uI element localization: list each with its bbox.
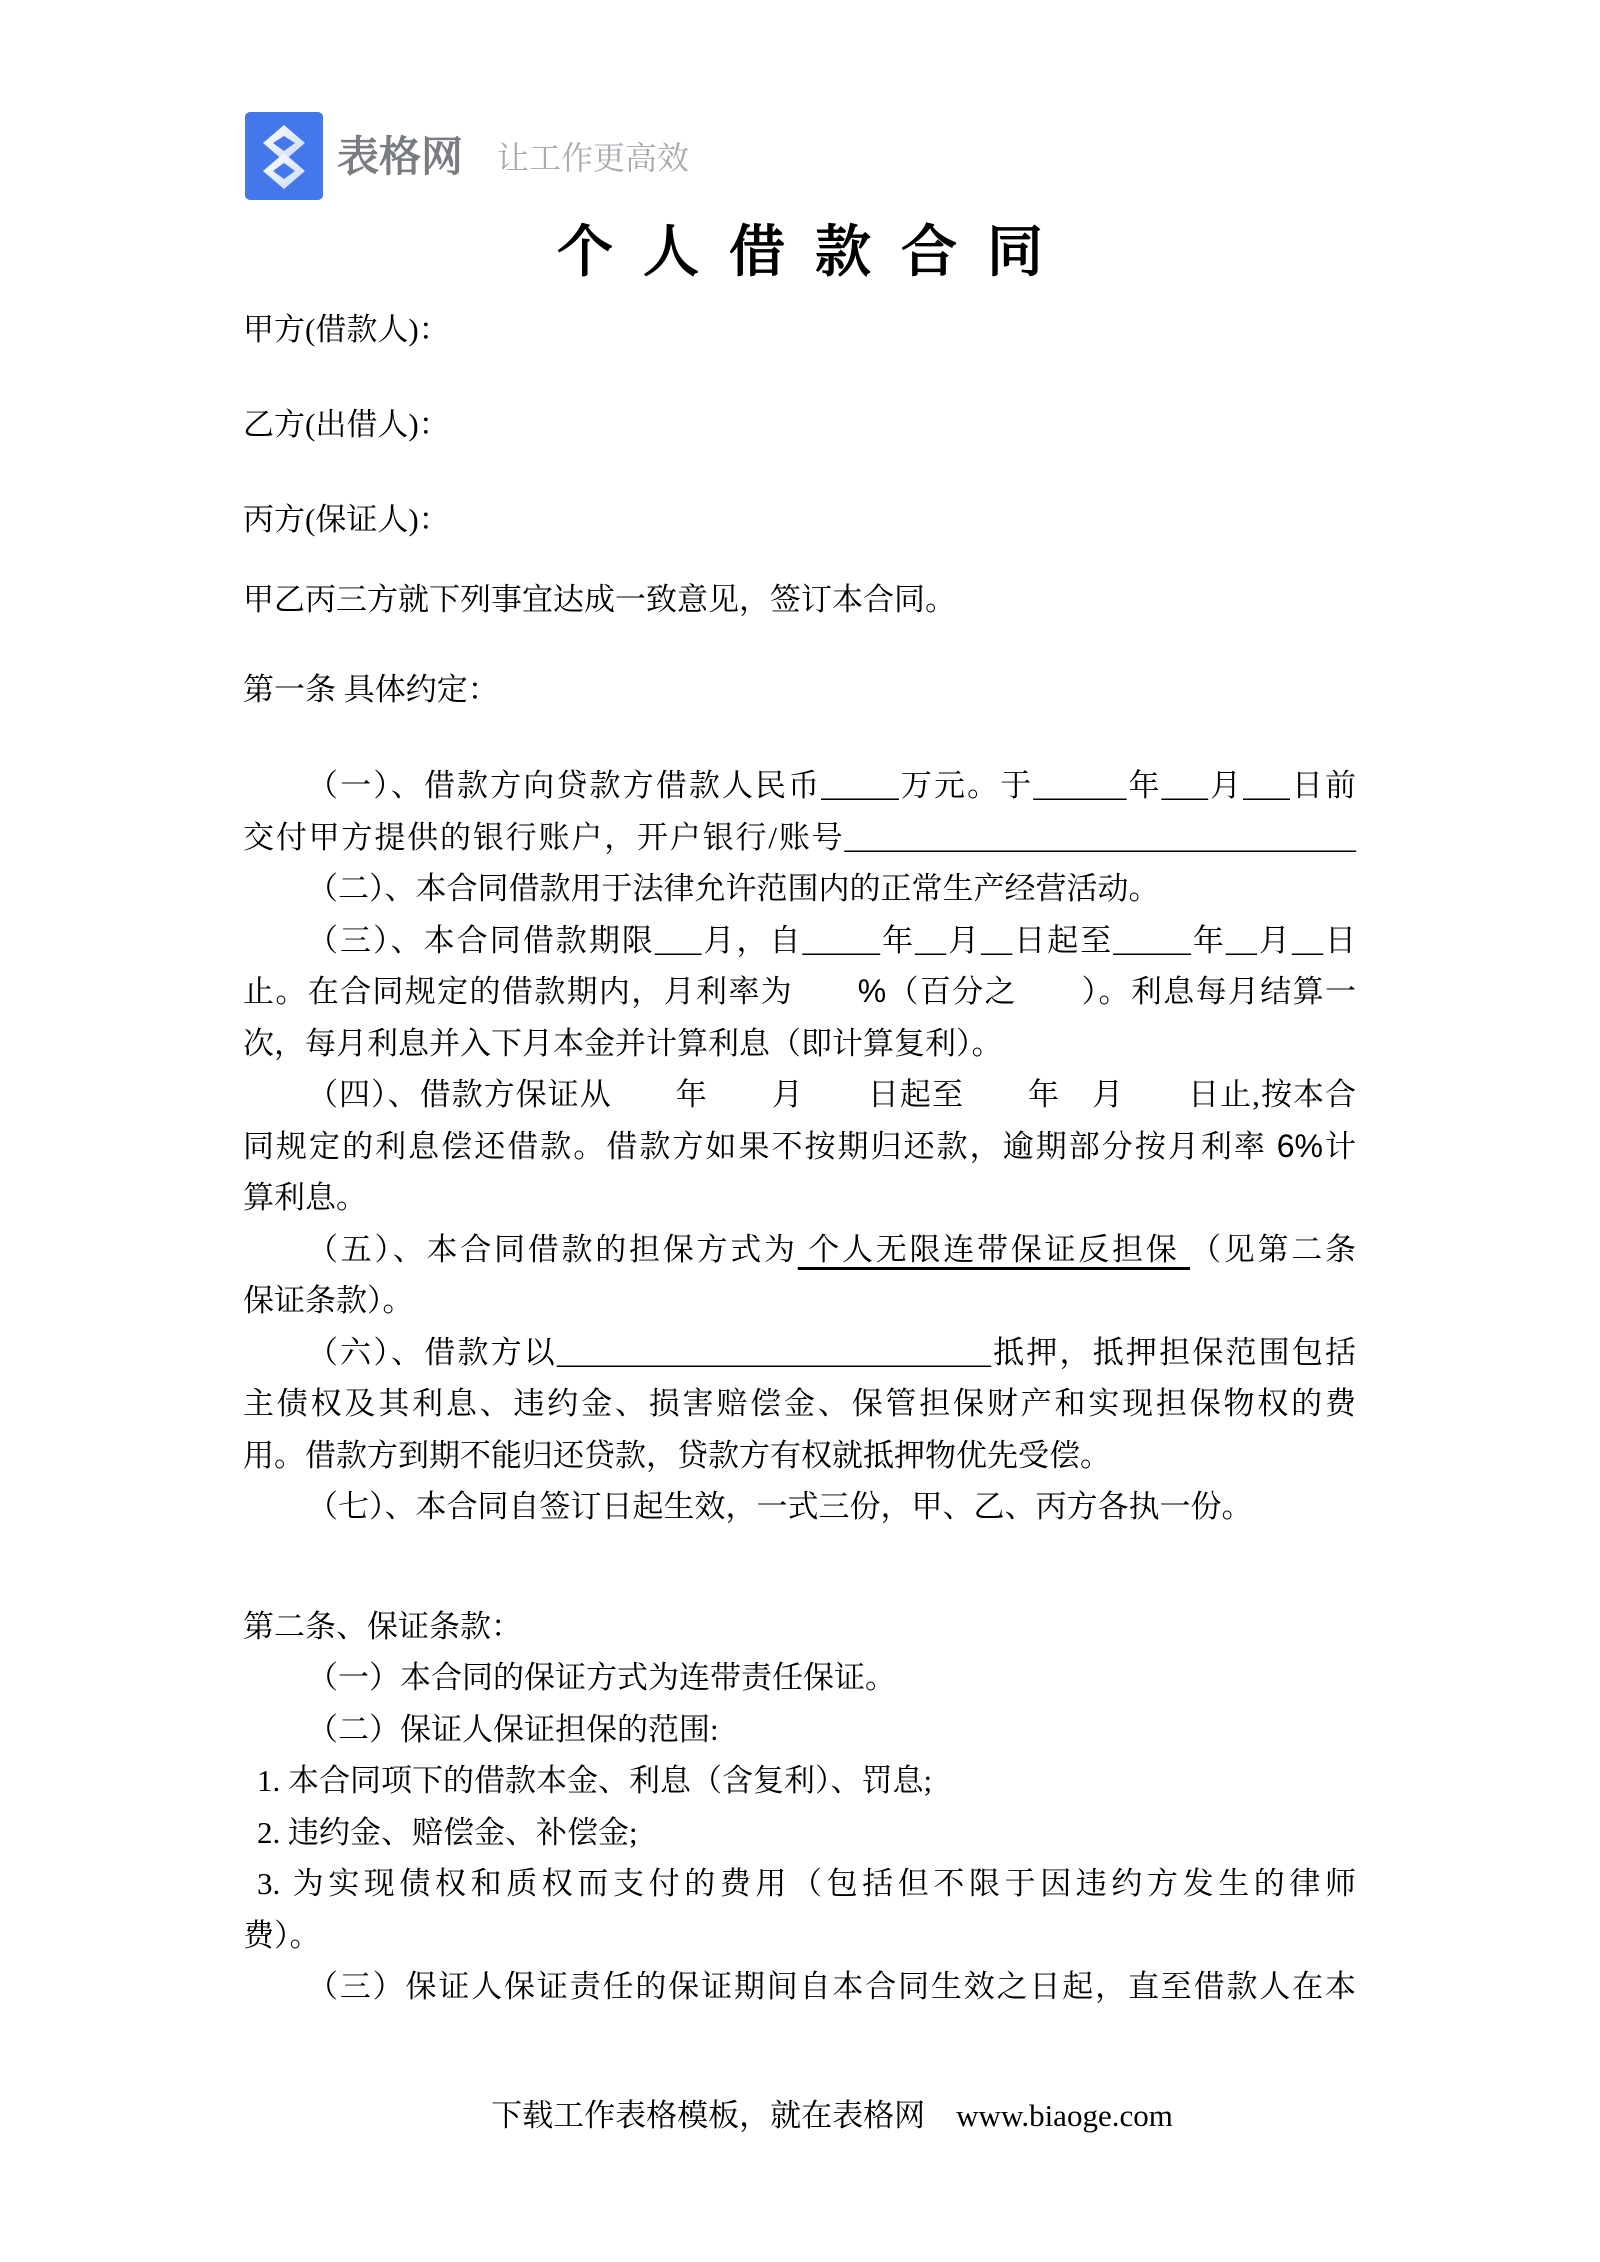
section2-heading: 第二条、保证条款： [243,1601,1356,1653]
contract-line: （六）、借款方以____________________________抵押，抵… [243,1327,1356,1379]
brand-name: 表格网 [337,131,463,183]
line-text: 费）。 [243,1918,321,1953]
contract-line: 3. 为实现债权和质权而支付的费用（包括但不限于因违约方发生的律师 [243,1858,1356,1910]
line-text: 保证条款）。 [243,1283,414,1318]
numeric-value: 6% [1277,1128,1323,1164]
line-text: （一）、借款方向贷款方借款人民币_____万元。于______年___月___日… [307,768,1356,803]
contract-line: 主债权及其利息、违约金、损害赔偿金、保管担保财产和实现担保物权的费 [243,1378,1356,1430]
contract-line: （七）、本合同自签订日起生效，一式三份，甲、乙、丙方各执一份。 [243,1481,1356,1533]
contract-line: （三）保证人保证责任的保证期间自本合同生效之日起，直至借款人在本 [243,1961,1356,2013]
line-text: 1. 本合同项下的借款本金、利息（含复利）、罚息; [257,1763,932,1798]
party-line-a: 甲方(借款人)： [243,304,1356,356]
line-text: 主债权及其利息、违约金、损害赔偿金、保管担保财产和实现担保物权的费 [243,1386,1356,1421]
line-text: （二）、本合同借款用于法律允许范围内的正常生产经营活动。 [307,871,1160,906]
underlined-fill-in: 个人无限连带保证反担保 [798,1232,1190,1267]
party-line-b: 乙方(出借人)： [243,399,1356,451]
contract-line: （二）保证人保证担保的范围: [243,1704,1356,1756]
contract-line: 算利息。 [243,1172,1356,1224]
line-text: （四）、借款方保证从 年 月 日起至 年 月 日止,按本合 [307,1077,1356,1112]
line-text: （百分之 ）。利息每月结算一 [886,974,1356,1009]
contract-line: （五）、本合同借款的担保方式为 个人无限连带保证反担保 （见第二条 [243,1224,1356,1276]
contract-line: （一）本合同的保证方式为连带责任保证。 [243,1652,1356,1704]
contract-line: 保证条款）。 [243,1275,1356,1327]
contract-line: （四）、借款方保证从 年 月 日起至 年 月 日止,按本合 [243,1069,1356,1121]
line-text: 次，每月利息并入下月本金并计算利息（即计算复利）。 [243,1026,1003,1061]
contract-page: 表格网 让工作更高效 个 人 借 款 合 同 甲方(借款人)： 乙方(出借人)：… [0,0,1600,2262]
line-text: 2. 违约金、赔偿金、补偿金; [257,1815,638,1850]
numeric-value: % [858,973,886,1009]
line-text: （二）保证人保证担保的范围: [307,1712,719,1747]
line-text: （见第二条 [1190,1232,1356,1267]
brand-tagline: 让工作更高效 [497,138,689,178]
section1-body: （一）、借款方向贷款方借款人民币_____万元。于______年___月___日… [243,760,1356,1533]
party-line-c: 丙方(保证人)： [243,494,1356,546]
biaoge-logo-icon [245,112,323,200]
line-text: 算利息。 [243,1180,367,1215]
contract-line: （一）、借款方向贷款方借款人民币_____万元。于______年___月___日… [243,760,1356,812]
line-text: （七）、本合同自签订日起生效，一式三份，甲、乙、丙方各执一份。 [307,1489,1253,1524]
contract-line: 1. 本合同项下的借款本金、利息（含复利）、罚息; [243,1755,1356,1807]
line-text: 计 [1323,1129,1356,1164]
line-text: （三）保证人保证责任的保证期间自本合同生效之日起，直至借款人在本 [307,1969,1356,2004]
contract-line: 费）。 [243,1910,1356,1962]
intro-paragraph: 甲乙丙三方就下列事宜达成一致意见，签订本合同。 [243,574,1356,626]
line-text: （一）本合同的保证方式为连带责任保证。 [307,1660,896,1695]
contract-line: 用。借款方到期不能归还贷款，贷款方有权就抵押物优先受偿。 [243,1430,1356,1482]
contract-line: 次，每月利息并入下月本金并计算利息（即计算复利）。 [243,1018,1356,1070]
line-text: 止。在合同规定的借款期内，月利率为 [243,974,858,1009]
contract-line: 同规定的利息偿还借款。借款方如果不按期归还款，逾期部分按月利率 6%计 [243,1121,1356,1173]
line-text: （三）、本合同借款期限___月，自_____年__月__日起至_____年__月… [307,923,1356,958]
line-text: 3. 为实现债权和质权而支付的费用（包括但不限于因违约方发生的律师 [257,1866,1356,1901]
line-text: 用。借款方到期不能归还贷款，贷款方有权就抵押物优先受偿。 [243,1438,1111,1473]
contract-line: （三）、本合同借款期限___月，自_____年__月__日起至_____年__月… [243,915,1356,967]
section1-heading: 第一条 具体约定： [243,664,1356,716]
line-text: 同规定的利息偿还借款。借款方如果不按期归还款，逾期部分按月利率 [243,1129,1277,1164]
section2-body: （一）本合同的保证方式为连带责任保证。（二）保证人保证担保的范围:1. 本合同项… [243,1652,1356,2013]
line-text: （六）、借款方以____________________________抵押，抵… [307,1335,1356,1370]
contract-line: 止。在合同规定的借款期内，月利率为 %（百分之 ）。利息每月结算一 [243,966,1356,1018]
page-footer: 下载工作表格模板，就在表格网 www.biaoge.com [64,2090,1600,2142]
contract-line: （二）、本合同借款用于法律允许范围内的正常生产经营活动。 [243,863,1356,915]
parties-block: 甲方(借款人)： 乙方(出借人)： 丙方(保证人)： [243,304,1356,589]
contract-line: 2. 违约金、赔偿金、补偿金; [243,1807,1356,1859]
document-title: 个 人 借 款 合 同 [0,218,1600,288]
contract-line: 交付甲方提供的银行账户，开户银行/账号_____________________… [243,812,1356,864]
line-text: 交付甲方提供的银行账户，开户银行/账号_____________________… [243,820,1356,855]
line-text: （五）、本合同借款的担保方式为 [307,1232,798,1267]
